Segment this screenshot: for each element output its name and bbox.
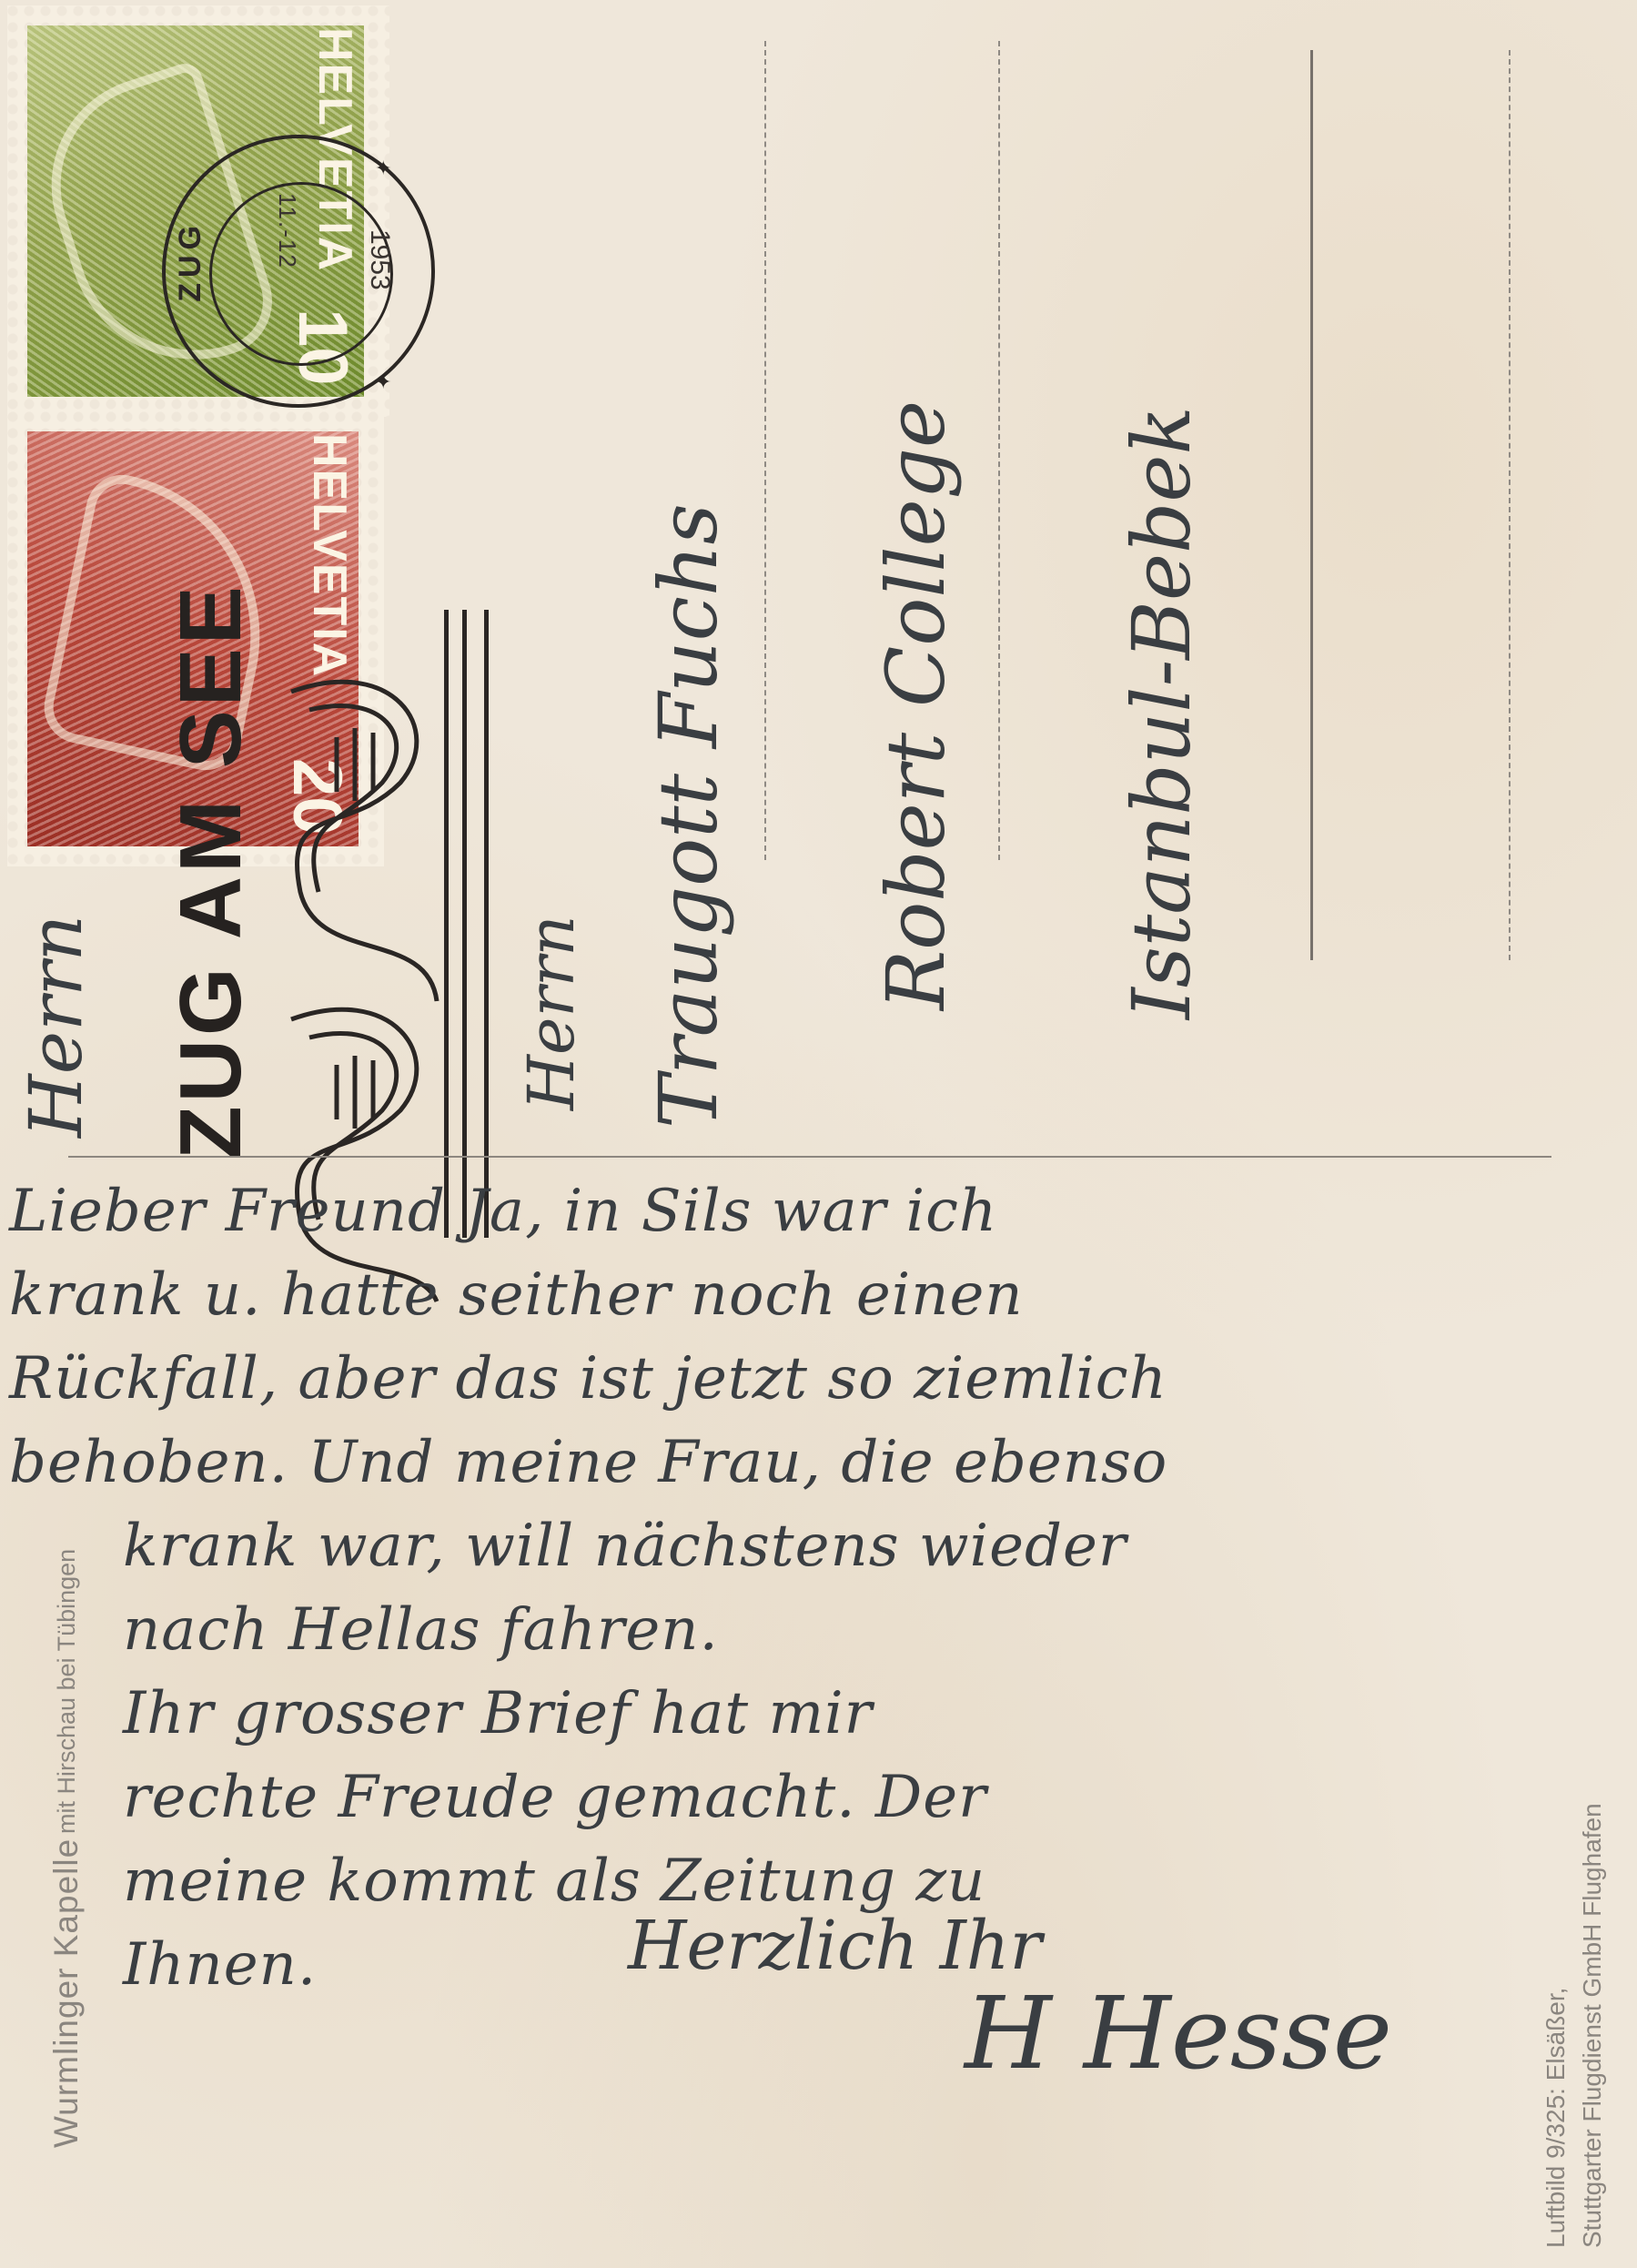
caption-title: Wurmlinger Kapelle — [47, 1838, 85, 2148]
message-line: krank u. hatte seither noch einen — [9, 1253, 1520, 1337]
message-line: Ihr grosser Brief hat mir — [9, 1672, 1520, 1756]
message-line: Rückfall, aber das ist jetzt so ziemlich — [9, 1337, 1520, 1421]
picture-caption: Wurmlinger Kapelle mit Hirschau bei Tübi… — [47, 1456, 86, 2148]
address-line — [764, 41, 766, 860]
address-line — [1310, 50, 1313, 960]
postmark-year: 1953 — [364, 229, 395, 290]
address-line — [998, 41, 1000, 860]
star-icon: ✦ — [375, 157, 391, 180]
caption-subtitle: mit Hirschau bei Tübingen — [53, 1549, 80, 1834]
message-line: krank war, will nächstens wieder — [9, 1504, 1520, 1588]
address-line-3: Istanbul-Bebek — [1115, 18, 1208, 1019]
publisher-credit: Luftbild 9/325: Elsäßer, Stuttgarter Flu… — [1538, 1611, 1611, 2248]
address-line-1: Traugott Fuchs — [642, 100, 735, 1129]
signature: H Hesse — [965, 1975, 1392, 2091]
message-line: behoben. Und meine Frau, die ebenso — [9, 1421, 1520, 1504]
address-note: Herrn — [514, 928, 589, 1110]
credit-line-1: Luftbild 9/325: Elsäßer, — [1538, 1611, 1574, 2248]
message-closing: Herzlich Ihr — [628, 1907, 1042, 1985]
address-salutation: Herrn — [14, 956, 98, 1138]
postcard: HELVETIA 10 HELVETIA 20 ZUG 11.-12 1953 … — [0, 0, 1637, 2268]
postmark-town: ZUG — [173, 220, 208, 302]
message-body: Lieber Freund Ja, in Sils war ich krank … — [9, 1169, 1520, 2007]
star-icon: ✦ — [375, 370, 391, 394]
message-line: rechte Freude gemacht. Der — [9, 1756, 1520, 1839]
address-line-2: Robert College — [869, 100, 963, 1010]
postmark: ZUG 11.-12 1953 ✦ ✦ — [162, 135, 435, 408]
message-line: Lieber Freund Ja, in Sils war ich — [9, 1169, 1520, 1253]
message-divider — [68, 1156, 1551, 1158]
address-line — [1509, 50, 1511, 960]
message-line: nach Hellas fahren. — [9, 1588, 1520, 1672]
postmark-date: 11.-12 — [273, 193, 301, 269]
credit-line-2: Stuttgarter Flugdienst GmbH Flughafen — [1574, 1611, 1611, 2248]
